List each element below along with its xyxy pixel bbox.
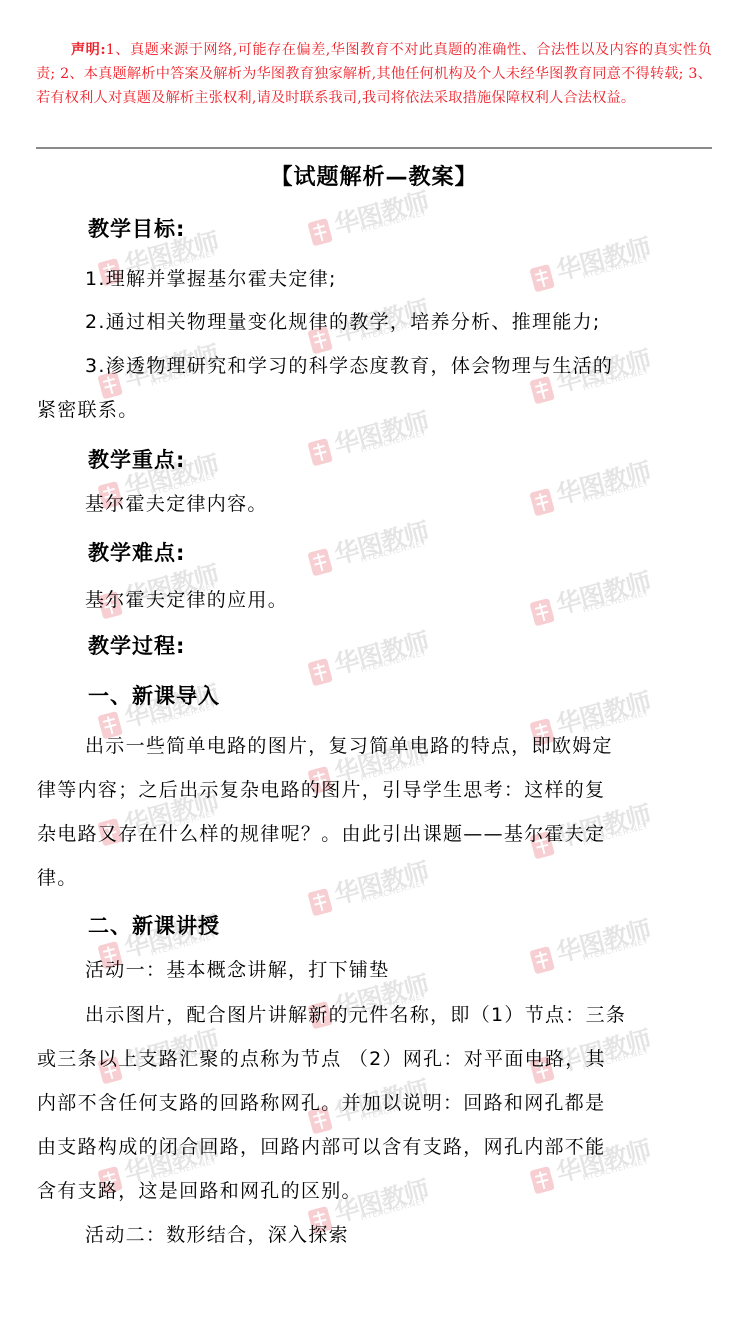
document-title: 【试题解析—教案】 <box>0 160 748 191</box>
paragraph-line: 由支路构成的闭合回路，回路内部可以含有支路，网孔内部不能 <box>37 1132 605 1159</box>
watermark: 华图教师HTEACHER.NET <box>526 222 665 304</box>
document-page: 华图教师HTEACHER.NET 华图教师HTEACHER.NET 华图教师HT… <box>0 0 748 1335</box>
paragraph-line: 含有支路，这是回路和网孔的区别。 <box>37 1176 362 1203</box>
paragraph-line: 内部不含任何支路的回路称网孔。并加以说明：回路和网孔都是 <box>37 1088 605 1115</box>
disclaimer-lead: 声明: <box>71 42 106 58</box>
key-point-text: 基尔霍夫定律内容。 <box>85 489 268 516</box>
paragraph-line: 出示一些简单电路的图片，复习简单电路的特点，即欧姆定 <box>85 731 613 758</box>
paragraph-line: 出示图片，配合图片讲解新的元件名称，即（1）节点：三条 <box>85 1000 626 1027</box>
divider <box>36 147 712 149</box>
watermark-logo-icon <box>307 888 333 916</box>
heading-key-point: 教学重点: <box>88 444 185 474</box>
disclaimer: 声明:1、真题来源于网络,可能存在偏差,华图教育不对此真题的准确性、合法性以及内… <box>36 38 712 110</box>
paragraph-line: 杂电路又存在什么样的规律呢？。由此引出课题——基尔霍夫定 <box>37 819 605 846</box>
watermark: 华图教师HTEACHER.NET <box>304 396 443 478</box>
heading-objectives: 教学目标: <box>88 213 185 243</box>
watermark-logo-icon <box>529 376 555 404</box>
activity-2: 活动二：数形结合，深入探索 <box>85 1220 349 1247</box>
watermark-logo-icon <box>529 1166 555 1194</box>
watermark: 华图教师HTEACHER.NET <box>304 846 443 928</box>
difficulty-text: 基尔霍夫定律的应用。 <box>85 585 288 612</box>
watermark-logo-icon <box>307 548 333 576</box>
watermark: 华图教师HTEACHER.NET <box>526 904 665 986</box>
watermark-logo-icon <box>307 438 333 466</box>
paragraph-line: 律。 <box>37 863 78 890</box>
watermark: 华图教师HTEACHER.NET <box>526 446 665 528</box>
watermark-logo-icon <box>529 946 555 974</box>
watermark-logo-icon <box>529 598 555 626</box>
heading-difficulty: 教学难点: <box>88 537 185 567</box>
objective-item: 紧密联系。 <box>37 395 139 422</box>
paragraph-line: 或三条以上支路汇聚的点称为节点 （2）网孔：对平面电路，其 <box>37 1044 606 1071</box>
paragraph-line: 律等内容；之后出示复杂电路的图片，引导学生思考：这样的复 <box>37 775 605 802</box>
objective-item: 3.渗透物理研究和学习的科学态度教育，体会物理与生活的 <box>85 351 613 378</box>
objective-item: 2.通过相关物理量变化规律的教学，培养分析、推理能力; <box>85 307 601 334</box>
disclaimer-text: 1、真题来源于网络,可能存在偏差,华图教育不对此真题的准确性、合法性以及内容的真… <box>36 42 712 106</box>
watermark: 华图教师HTEACHER.NET <box>304 506 443 588</box>
watermark: 华图教师HTEACHER.NET <box>304 616 443 698</box>
watermark-logo-icon <box>307 658 333 686</box>
watermark-logo-icon <box>307 218 333 246</box>
activity-1: 活动一：基本概念讲解，打下铺垫 <box>85 955 390 982</box>
heading-process: 教学过程: <box>88 630 185 660</box>
objective-item: 1.理解并掌握基尔霍夫定律; <box>85 264 337 291</box>
heading-part1: 一、新课导入 <box>88 680 220 710</box>
watermark: 华图教师HTEACHER.NET <box>526 556 665 638</box>
watermark-logo-icon <box>529 264 555 292</box>
heading-part2: 二、新课讲授 <box>88 910 220 940</box>
watermark-logo-icon <box>529 488 555 516</box>
